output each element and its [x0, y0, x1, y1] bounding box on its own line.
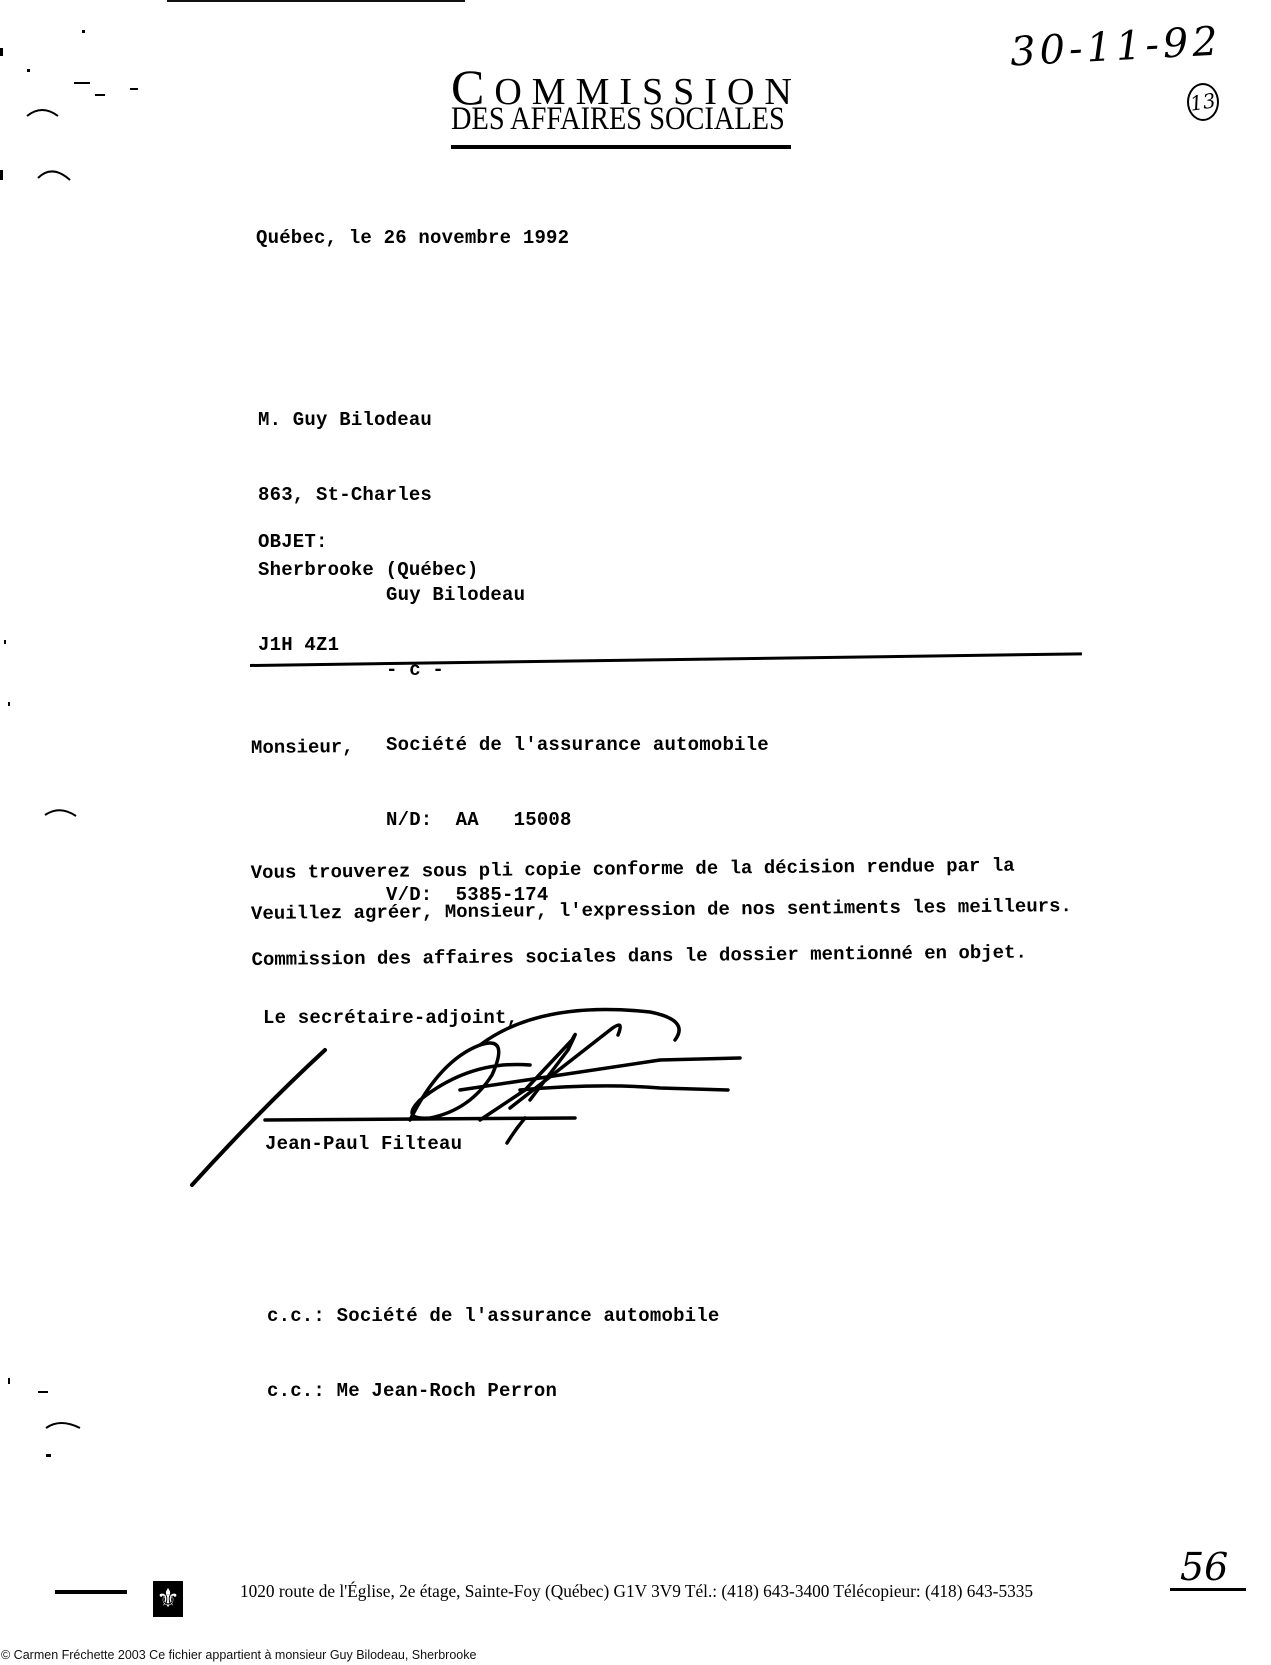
handwritten-page-number: 56	[1180, 1545, 1228, 1589]
scan-top-edge-line	[167, 0, 465, 2]
cc-item: c.c.: Société de l'assurance automobile	[267, 1304, 719, 1329]
footer-rule	[55, 1590, 127, 1594]
cc-item: c.c.: Me Jean-Roch Perron	[267, 1379, 719, 1404]
signer-name: Jean-Paul Filteau	[265, 1135, 462, 1154]
recipient-street: 863, St-Charles	[258, 483, 478, 508]
copyright-notice: © Carmen Fréchette 2003 Ce fichier appar…	[1, 1648, 476, 1662]
handwritten-date: 30-11-92	[1009, 18, 1223, 75]
subject-line: Guy Bilodeau	[386, 583, 769, 608]
handwritten-signature	[180, 990, 780, 1190]
margin-scan-marks	[0, 0, 160, 1665]
page-number-underline	[1170, 1588, 1246, 1591]
body-line: Vous trouverez sous pli copie conforme d…	[251, 852, 1027, 888]
letter-date: Québec, le 26 novembre 1992	[256, 229, 569, 248]
recipient-name: M. Guy Bilodeau	[258, 408, 478, 433]
body-line: Commission des affaires sociales dans le…	[251, 939, 1027, 975]
circled-number: 13	[1187, 83, 1219, 121]
subject-label: OBJET:	[258, 533, 328, 552]
carbon-copy-list: c.c.: Société de l'assurance automobile …	[267, 1254, 719, 1429]
salutation: Monsieur,	[251, 736, 354, 759]
letterhead-subtitle: DES AFFAIRES SOCIALES	[451, 101, 785, 138]
subject-line: Société de l'assurance automobile	[386, 733, 769, 758]
fleur-de-lis-icon: ⚜	[153, 1581, 183, 1617]
letterhead-underline	[451, 145, 791, 149]
footer-address: 1020 route de l'Église, 2e étage, Sainte…	[240, 1581, 1033, 1602]
